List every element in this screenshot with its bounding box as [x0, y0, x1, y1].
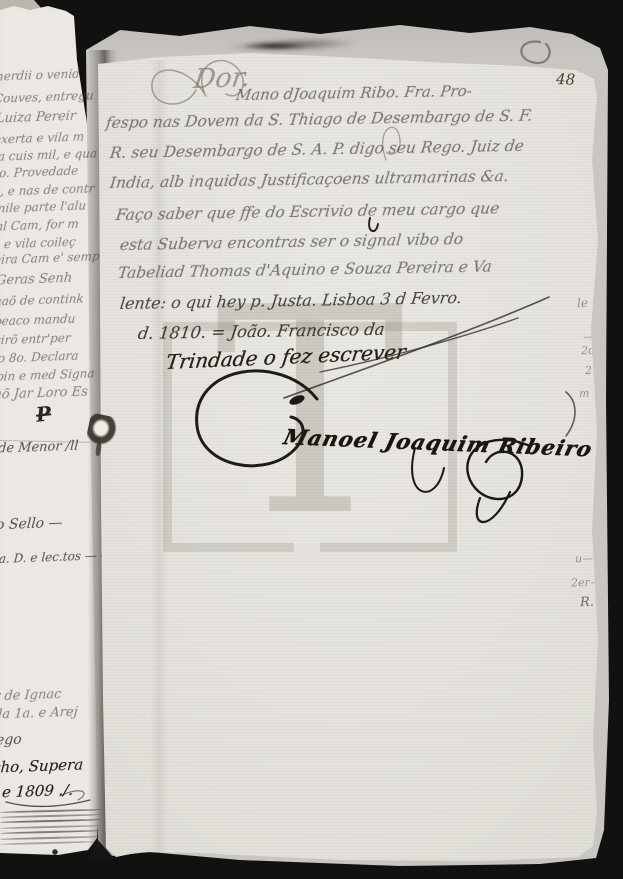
- manuscript-line: fespo nas Dovem da S. Thiago de Desembar…: [105, 107, 534, 132]
- edge-note: 2: [585, 364, 592, 377]
- facing-text-fragment: al Cam, for m: [0, 217, 79, 234]
- facing-text-fragment: Geras Senh: [0, 271, 73, 289]
- facing-text-fragment: o Sello —: [0, 515, 63, 533]
- edge-note: le: [577, 296, 588, 310]
- manuscript-line: Mano dJoaquim Ribo. Fra. Pro-: [235, 82, 473, 104]
- facing-text-fragment: herdii o venid: [0, 67, 80, 84]
- paragraph-mark: P: [35, 401, 52, 426]
- facing-text-fragment: de Menor /ll: [0, 439, 79, 457]
- manuscript-line: esta Suberva encontras ser o signal vibo…: [119, 230, 464, 254]
- facing-text-fragment: r de Ignac: [0, 687, 62, 704]
- ink-smudge: [243, 42, 305, 50]
- watermark-frame-gap: [294, 543, 320, 554]
- facing-text-fragment: cho, Supera: [0, 755, 84, 776]
- ink-dot: [52, 849, 58, 855]
- facing-text-fragment: Luiza Pereir: [0, 109, 77, 127]
- archive-watermark-letter: T: [215, 271, 405, 556]
- folio-number: 48: [556, 70, 576, 89]
- edge-note: u—: [575, 552, 594, 566]
- facing-text-fragment: virõ entr'per: [0, 331, 71, 348]
- facing-text-fragment: e 1809 ./.: [1, 781, 73, 802]
- manuscript-line: India, alb inquidas Justificaçoens ultra…: [109, 167, 510, 192]
- scanned-manuscript-photo: herdii o venid Couves, entregu Luiza Per…: [0, 0, 623, 879]
- facing-text-fragment: ego: [0, 732, 22, 749]
- facing-text-fragment: da 1a. e Arej: [0, 705, 78, 723]
- facing-text-fragment: s e vila coileç: [0, 235, 76, 252]
- edge-note: R.: [580, 595, 594, 610]
- edge-note: m: [579, 387, 590, 400]
- manuscript-line: Faço saber que ffe do Escrivio de meu ca…: [115, 199, 501, 224]
- manuscript-line: lente: o qui hey p. Justa. Lisboa 3 d Fe…: [119, 288, 463, 313]
- manuscript-line: Tabeliad Thomas d'Aquino e Souza Pereira…: [117, 257, 493, 282]
- facing-text-fragment: peaco mandu: [0, 312, 76, 329]
- manuscript-line: R. seu Desembargo de S. A. P. digo seu R…: [109, 137, 525, 162]
